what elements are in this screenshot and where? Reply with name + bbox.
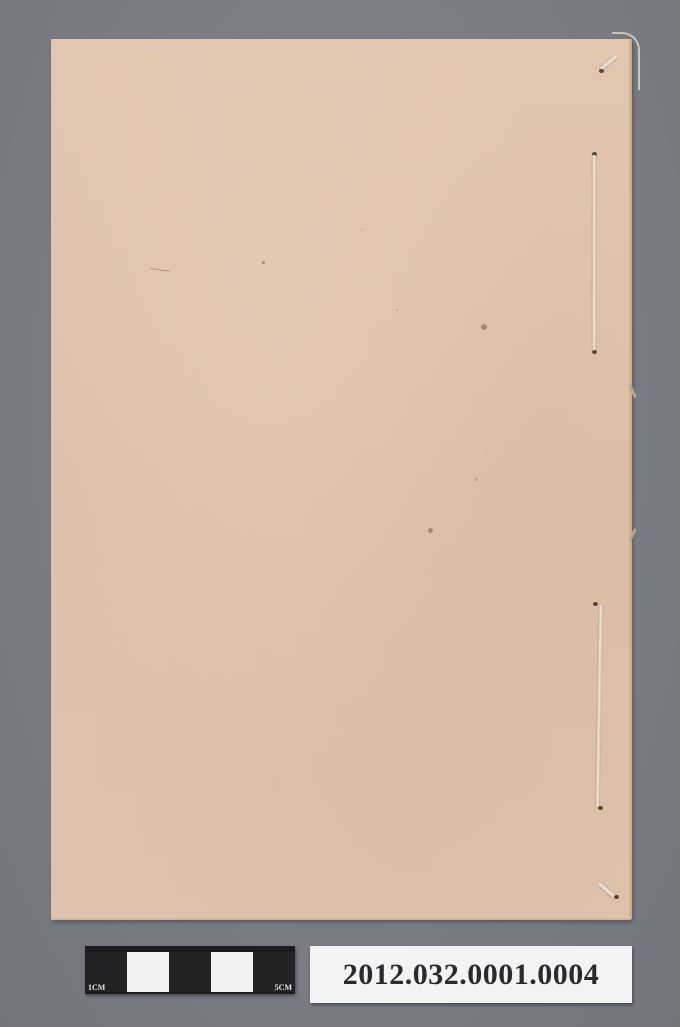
book-spine-edge	[629, 39, 632, 919]
binding-stitch-lower	[595, 605, 603, 807]
stitch-hole	[598, 806, 603, 810]
scale-segment-white	[127, 952, 169, 992]
stitch-hole	[599, 69, 604, 73]
object-photograph: 1CM 5CM 2012.032.0001.0004	[0, 0, 680, 1027]
paper-speck	[428, 528, 433, 533]
scale-label-right: 5CM	[275, 983, 292, 992]
scale-segment-white	[211, 952, 253, 992]
stitch-hole	[593, 602, 598, 606]
binding-stitch-upper	[592, 155, 596, 351]
scale-label-left: 1CM	[88, 983, 105, 992]
loose-thread	[612, 32, 640, 90]
stitch-hole	[614, 895, 619, 899]
book-bottom-edge	[51, 917, 631, 920]
scale-bar: 1CM 5CM	[85, 946, 295, 994]
paper-fiber	[150, 268, 170, 272]
scale-segment-black	[169, 952, 211, 992]
accession-number-label: 2012.032.0001.0004	[310, 946, 632, 1003]
paper-speck	[481, 324, 487, 330]
book-cover	[51, 39, 631, 919]
stitch-hole	[592, 350, 597, 354]
accession-number: 2012.032.0001.0004	[343, 958, 600, 992]
paper-speck	[396, 309, 398, 311]
paper-speck	[475, 478, 478, 481]
paper-speck	[361, 229, 363, 231]
paper-speck	[262, 261, 265, 264]
